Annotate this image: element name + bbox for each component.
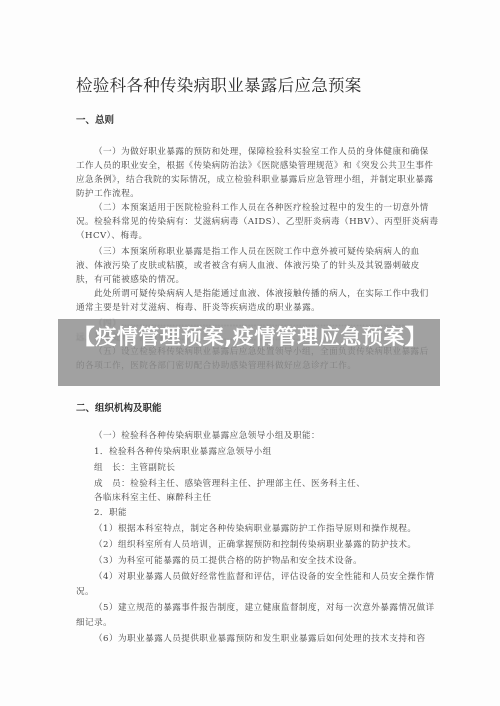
paragraph-line: 况。 bbox=[76, 586, 94, 598]
paragraph-line: （5）建立规范的暴露事件报告制度，建立健康监督制度，对每一次意外暴露情况做详 bbox=[94, 602, 435, 614]
paragraph-line: （1）根据本科室特点，制定各种传染病职业暴露防护工作指导原则和操作规程。 bbox=[94, 523, 416, 535]
paragraph-line: 细记录。 bbox=[76, 617, 112, 629]
paragraph-line: 工作人员的职业安全，根据《传染病防治法》《医院感染管理规范》和《突发公共卫生事件 bbox=[76, 160, 433, 172]
paragraph-line: 防护工作流程。 bbox=[76, 188, 139, 200]
paragraph-line: 成 员：检验科主任、感染管理科主任、护理部主任、医务科主任、 bbox=[94, 478, 365, 490]
paragraph-line: （HCV）、梅毒。 bbox=[76, 230, 148, 242]
paragraph-line: （3）为科室可能暴露的员工提供合格的防护物品和安全技术设备。 bbox=[94, 555, 362, 567]
paragraph-line: 1．检验科各种传染病职业暴露应急领导小组 bbox=[94, 446, 272, 458]
paragraph-line: （2）组织科室所有人员培训，正确掌握预防和控制传染病职业暴露的防护技术。 bbox=[94, 539, 416, 551]
section-heading-general: 一、总则 bbox=[76, 112, 114, 126]
paragraph-line: 组 长：主管副院长 bbox=[94, 462, 175, 474]
paragraph-line: （一）为做好职业暴露的预防和处理，保障检验科实验室工作人员的身体健康和确保 bbox=[94, 146, 429, 158]
document-title: 检验科各种传染病职业暴露后应急预案 bbox=[76, 72, 362, 96]
paragraph-line: （4）对职业暴露人员做好经常性监督和评估，评估设备的安全性能和人员安全操作情 bbox=[94, 571, 435, 583]
overlay-title-text: 【疫情管理预案,疫情管理应急预案】 bbox=[60, 322, 440, 352]
paragraph-line: 况。检验科常见的传染病有：艾滋病病毒（AIDS）、乙型肝炎病毒（HBV）、丙型肝… bbox=[76, 216, 439, 228]
paragraph-line: 液、体液污染了皮肤或粘膜，或者被含有病人血液、体液污染了的针头及其锐器刺破皮 bbox=[76, 260, 420, 272]
paragraph-line: 通常主要是针对艾滋病、梅毒、肝炎等疾病造成的职业暴露。 bbox=[76, 302, 320, 314]
paragraph-line: （一）检验科各种传染病职业暴露应急领导小组及职能： bbox=[94, 430, 320, 442]
paragraph-line: 应急条例》，结合我院的实际情况，成立检验科职业暴露后应急管理小组，并制定职业暴露 bbox=[76, 174, 433, 186]
paragraph-line: 各临床科室主任、麻醉科主任 bbox=[94, 492, 212, 504]
section-heading-organization: 二、组织机构及职能 bbox=[76, 400, 162, 414]
paragraph-line: 此处所谓可疑传染病病人是指能通过血液、体液接触传播的病人，在实际工作中我们 bbox=[94, 288, 429, 300]
paragraph-line: （三）本预案所称职业暴露是指工作人员在医院工作中意外被可疑传染病病人的血 bbox=[94, 246, 420, 258]
paragraph-line: 2．职能 bbox=[94, 507, 127, 519]
paragraph-line: 肤，有可能被感染的情况。 bbox=[76, 274, 185, 286]
paragraph-line: （6）为职业暴露人员提供职业暴露预防和发生职业暴露后如何处理的技术支持和咨 bbox=[94, 633, 426, 645]
paragraph-line: （二）本预案适用于医院检验科工作人员在各种医疗检验过程中的发生的一切意外情 bbox=[94, 202, 429, 214]
